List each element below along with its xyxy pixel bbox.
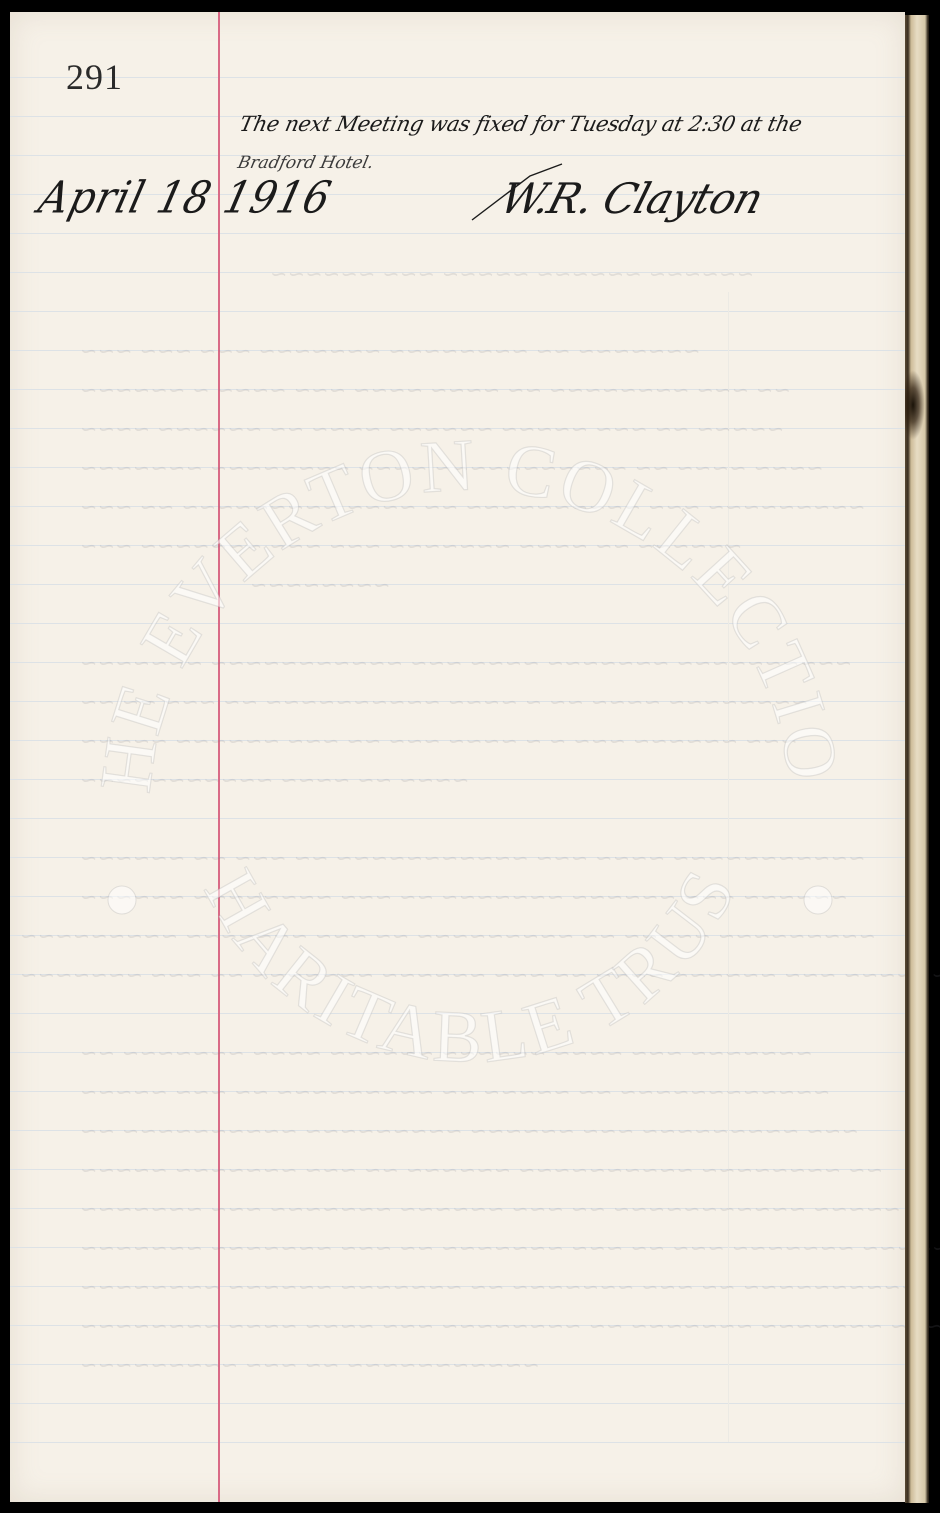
- minute-text-line: Bradford Hotel.: [236, 153, 376, 173]
- show-through-text: ~~ ~~~~~~~~ ~~~~~~~~~~ ~~~~~~ ~~ ~~~ ~~~…: [78, 1158, 886, 1182]
- show-through-text: ~~~~~~ ~~~~~~ ~~~~~ ~~~ ~~~~~~: [268, 262, 756, 286]
- show-through-text: ~~~~~ ~~ ~~~ ~~~~~ ~~~~~~ ~~~~ ~~ ~~~~~~…: [78, 417, 787, 441]
- show-through-text: ~~~~~~ ~~ ~~~~ ~~~~~~~ ~~~ ~~~ ~~~~~~~ ~…: [78, 534, 745, 558]
- ruled-line: [10, 233, 905, 234]
- ruled-line: [10, 1442, 905, 1443]
- show-through-text: ~~~~~~~~~~ ~~~~~~~ ~~~~ ~~~ ~~~~~~~~~~~ …: [78, 651, 855, 675]
- show-through-text: ~~~~~~~~~~~~ ~~ ~~~~~ ~~ ~~~~~~~~~ ~~ ~~…: [78, 1080, 833, 1104]
- ruled-line: [10, 623, 905, 624]
- show-through-text: ~~~~~~~~ ~~~~ ~~ ~ ~~~~ ~~~~~~~~~~ ~~ ~~…: [78, 690, 811, 714]
- show-through-text: ~~~~ ~~ ~~~~ ~~~~~~~~~~~: [78, 768, 472, 792]
- show-through-text: ~~~~~~~~~ ~~~ ~~~~~~ ~~~~ ~~ ~~~ ~~~~~~ …: [18, 963, 940, 987]
- ruled-line: [10, 311, 905, 312]
- minute-text-line: The next Meeting was fixed for Tuesday a…: [237, 112, 804, 136]
- ruled-line: [10, 155, 905, 156]
- ruled-line: [10, 818, 905, 819]
- show-through-text: ~~~~~ ~~~~~~~ ~~~ ~~ ~~~ ~~~~~~~ ~~ ~~~ …: [78, 1236, 940, 1260]
- show-through-text: ~~~~~~~ ~~ ~~~~~~~~ ~~~~~~~ ~~~ ~~~ ~~~: [78, 339, 703, 363]
- show-through-text: ~~ ~~~ ~~~~~~~~ ~~ ~~~~ ~~~~ ~~~ ~~~~ ~ …: [78, 378, 793, 402]
- show-through-text: ~~~~~~~ ~~~ ~~~~ ~~~~~~ ~~~~~~ ~~~~ ~~~~…: [78, 1041, 815, 1065]
- ruled-line: [10, 77, 905, 78]
- show-through-text: ~~~~~~~~~ ~~~~~ ~~ ~~~~~~~~~ ~~ ~~~ ~~~~…: [18, 924, 878, 948]
- show-through-text: ~~~~~~~~~~~ ~~~~ ~~~ ~~~~~~~~~~~ ~~ ~~~ …: [78, 846, 868, 870]
- show-through-text: ~~~~ ~~~~ ~~ ~~~~~~~~~~~ ~~~~ ~~~~~~~~ ~…: [78, 456, 826, 480]
- show-through-text: ~~~~~~~~: [248, 573, 393, 597]
- ledger-page: ~~~~~~ ~~~~~~ ~~~~~ ~~~ ~~~~~~ ~~~~~~~ ~…: [10, 12, 905, 1502]
- spine-stain: [905, 370, 925, 440]
- page-number: 291: [66, 56, 123, 98]
- show-through-text: ~~~~~~~~~ ~~~ ~~~~~~~~~~ ~~ ~~~~ ~~~~~~~…: [78, 495, 868, 519]
- margin-date-annotation: April 18 1916: [34, 173, 337, 224]
- show-through-text: ~~~~~~~~~~ ~~ ~~~ ~~~~~~~ ~~ ~~~~~~~ ~~~…: [78, 1275, 921, 1299]
- show-through-text: ~~~~~~ ~~~ ~~~~~~ ~~~~~~~ ~~ ~~~ ~~~~~~~…: [78, 885, 850, 909]
- show-through-text: ~~~~~ ~~~~~~~~~~~ ~~ ~~~ ~~~~~~ ~~~~~~~ …: [78, 1197, 903, 1221]
- ruled-line: [10, 1013, 905, 1014]
- ruled-line: [10, 584, 905, 585]
- ruled-line: [10, 1403, 905, 1404]
- chairman-signature: W.R. Clayton: [495, 174, 768, 223]
- show-through-text: ~~~~~~~~~~~ ~~ ~~~ ~~~~~~~~~: [78, 1353, 542, 1377]
- book-spine-edge: [905, 15, 929, 1503]
- show-through-text: ~~ ~~~ ~~~~~~~ ~~~~~~~ ~~ ~~~~~~~~ ~~~ ~…: [78, 1314, 940, 1338]
- show-through-text: ~~~ ~~~~~~~~~ ~~~ ~~~~~~ ~~~~~~~~~ ~~~~~…: [78, 1119, 861, 1143]
- show-through-text: ~~~ ~~~~~~ ~~~ ~ ~ ~~~~ ~~~ ~~ ~~~ ~~~~~…: [78, 729, 800, 753]
